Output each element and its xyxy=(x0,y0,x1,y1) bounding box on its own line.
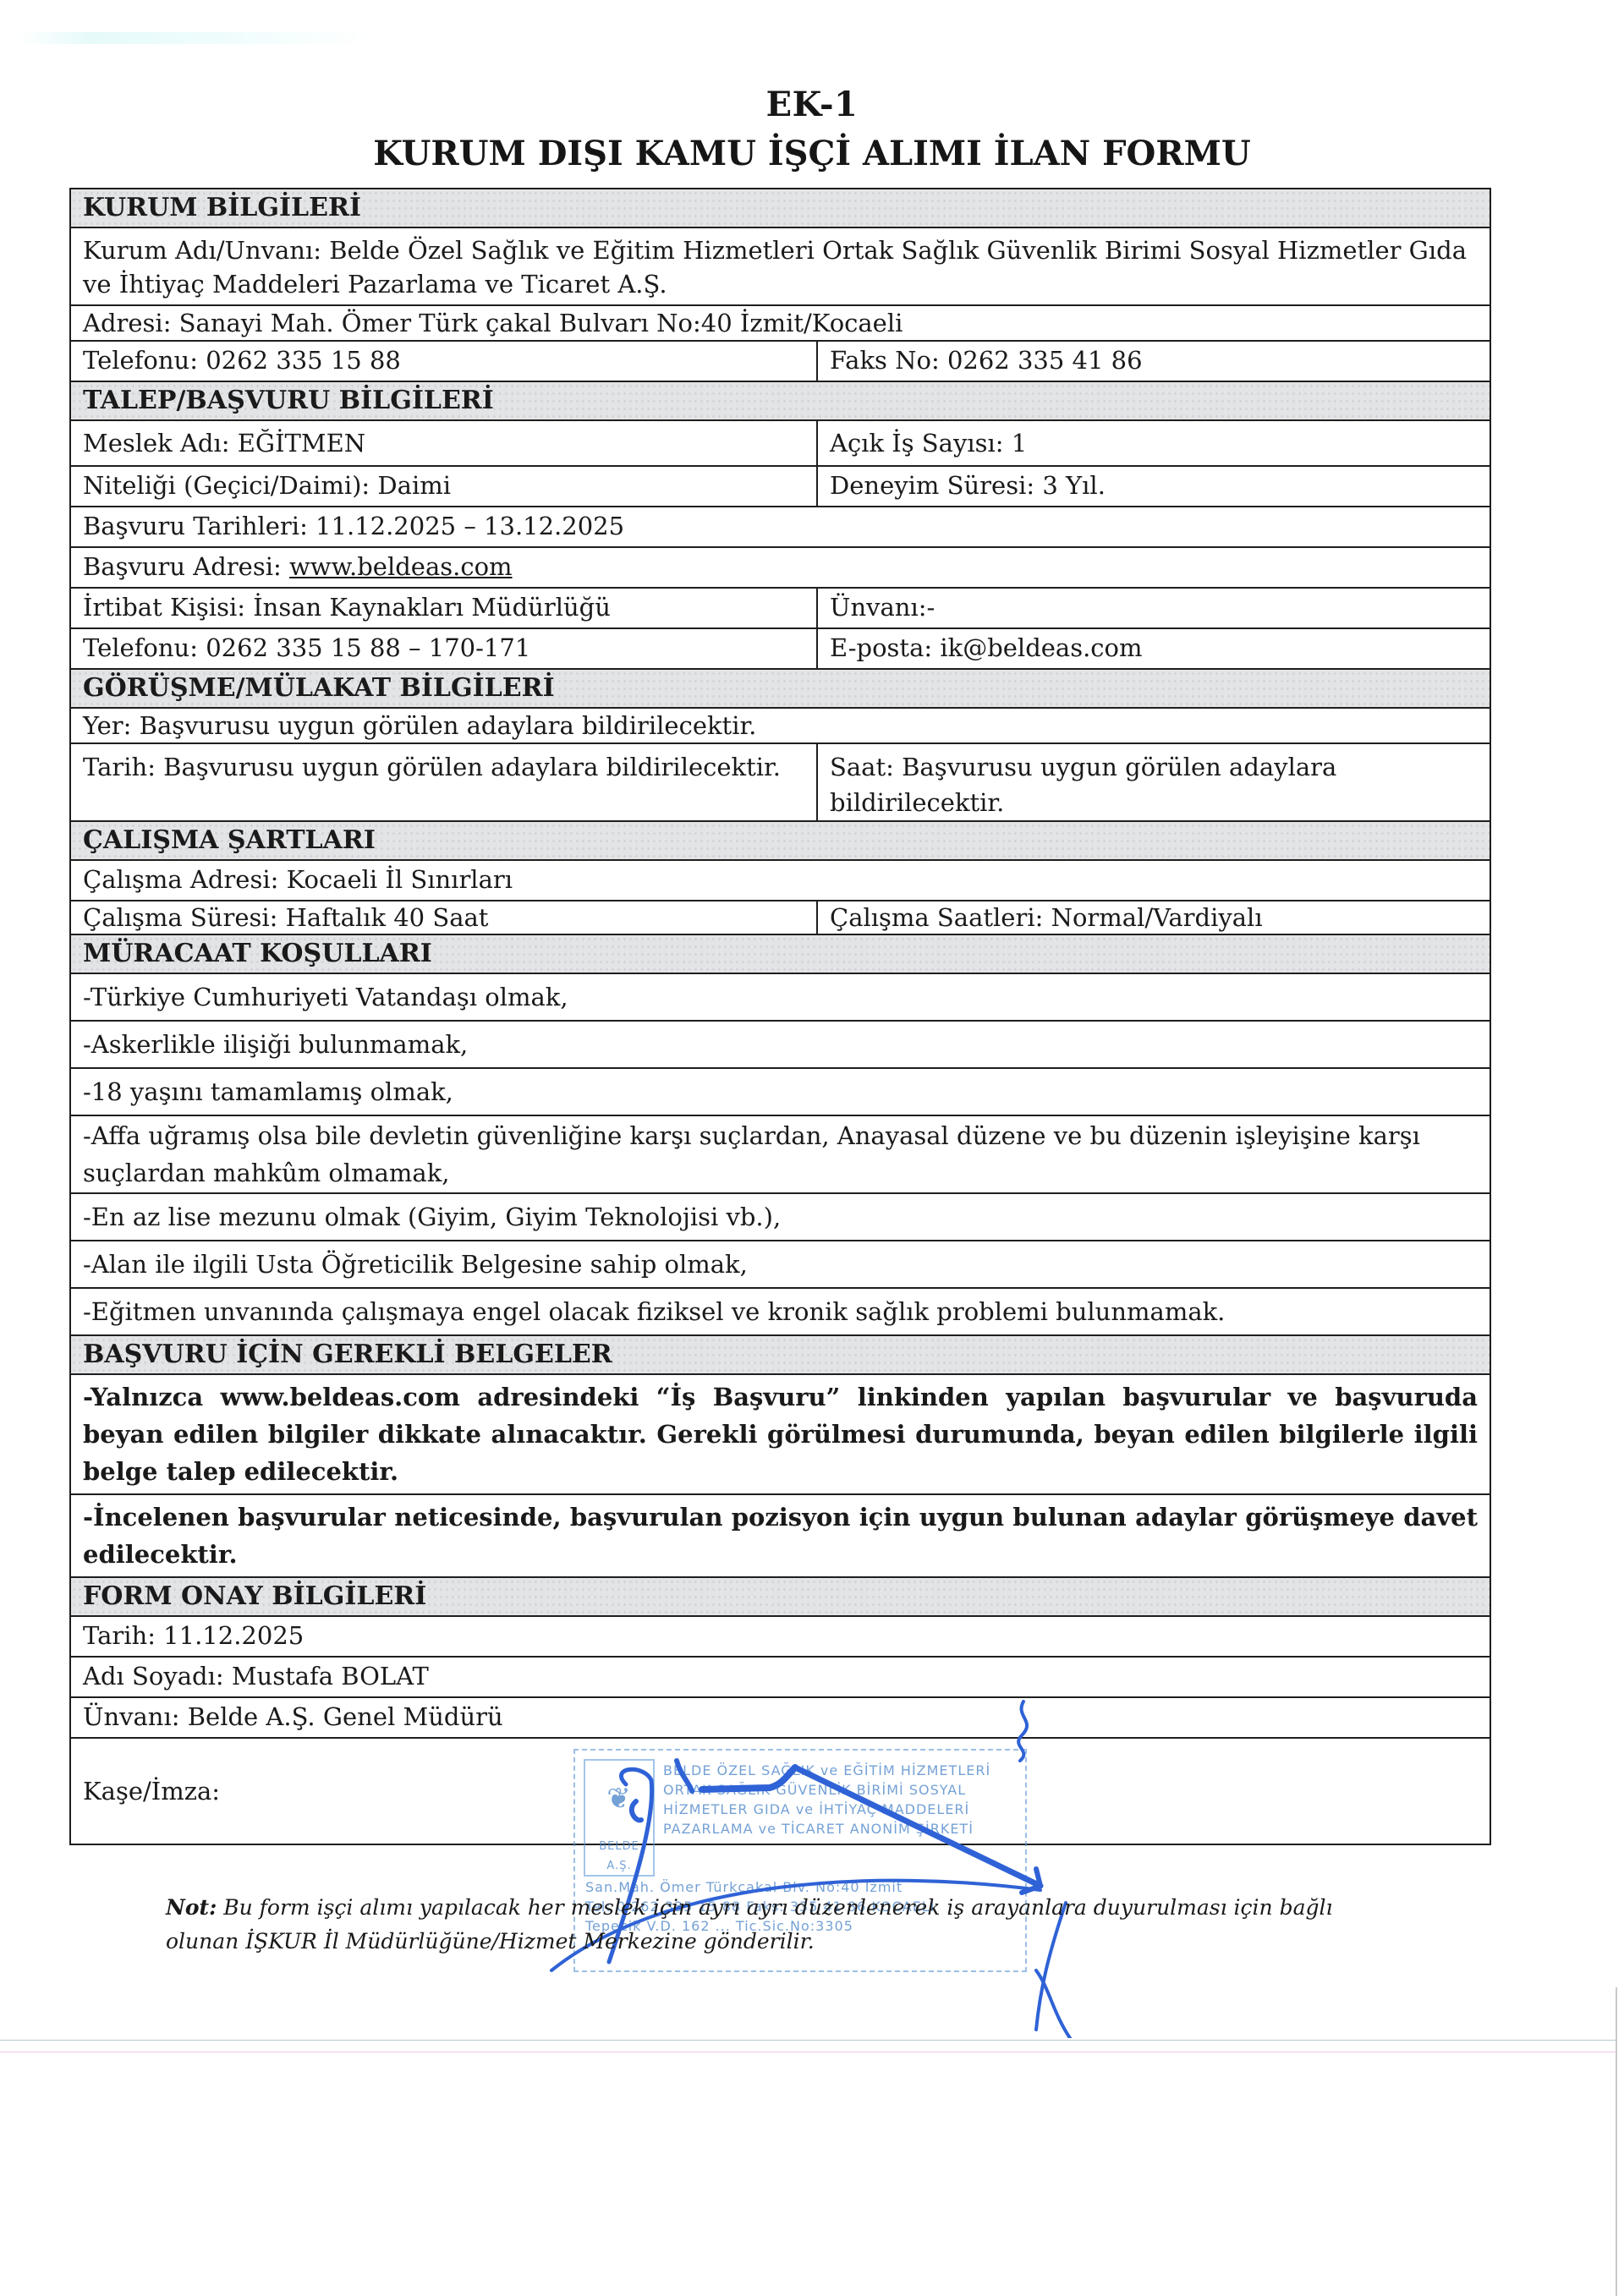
approval-date: Tarih: 11.12.2025 xyxy=(70,1616,1490,1657)
scan-artifact-line xyxy=(0,2040,1616,2041)
section-header-interview: GÖRÜŞME/MÜLAKAT BİLGİLERİ xyxy=(70,669,1490,708)
condition-item: -18 yaşını tamamlamış olmak, xyxy=(70,1068,1490,1115)
condition-item: -En az lise mezunu olmak (Giyim, Giyim T… xyxy=(70,1193,1490,1241)
section-header-application-conditions: MÜRACAAT KOŞULLARI xyxy=(70,934,1490,973)
occupation-name: Meslek Adı: EĞİTMEN xyxy=(70,420,817,466)
application-address: Başvuru Adresi: www.beldeas.com xyxy=(70,547,1490,588)
stamp-line: PAZARLAMA ve TİCARET ANONİM ŞİRKETİ xyxy=(663,1819,1018,1838)
required-document-item: -İncelenen başvurular neticesinde, başvu… xyxy=(70,1494,1490,1577)
stamp-line: BELDE ÖZEL SAĞLIK ve EĞİTİM HİZMETLERİ xyxy=(663,1761,1018,1780)
employment-type: Niteliği (Geçici/Daimi): Daimi xyxy=(70,466,817,507)
contact-title: Ünvanı:- xyxy=(817,588,1490,628)
interview-date: Tarih: Başvurusu uygun görülen adaylara … xyxy=(70,743,817,821)
annex-label: EK-1 xyxy=(0,85,1624,124)
institution-fax: Faks No: 0262 335 41 86 xyxy=(817,341,1490,381)
contact-person: İrtibat Kişisi: İnsan Kaynakları Müdürlü… xyxy=(70,588,817,628)
institution-name: Kurum Adı/Unvanı: Belde Özel Sağlık ve E… xyxy=(70,227,1490,305)
section-header-working-conditions: ÇALIŞMA ŞARTLARI xyxy=(70,821,1490,860)
application-website-link[interactable]: www.beldeas.com xyxy=(289,552,513,581)
open-positions: Açık İş Sayısı: 1 xyxy=(817,420,1490,466)
interview-time: Saat: Başvurusu uygun görülen adaylara b… xyxy=(817,743,1490,821)
application-dates: Başvuru Tarihleri: 11.12.2025 – 13.12.20… xyxy=(70,507,1490,547)
stamp-logo: ❦ BELDE A.Ş. xyxy=(584,1759,655,1877)
stamp-logo-caption: BELDE A.Ş. xyxy=(599,1840,639,1872)
emblem-icon: ❦ xyxy=(585,1761,653,1837)
condition-item: -Alan ile ilgili Usta Öğreticilik Belges… xyxy=(70,1241,1490,1288)
announcement-form-table: KURUM BİLGİLERİ Kurum Adı/Unvanı: Belde … xyxy=(69,188,1491,1845)
work-hours: Çalışma Saatleri: Normal/Vardiyalı xyxy=(817,901,1490,934)
required-document-item: -Yalnızca www.beldeas.com adresindeki “İ… xyxy=(70,1374,1490,1494)
condition-item: -Affa uğramış olsa bile devletin güvenli… xyxy=(70,1115,1490,1193)
scan-artifact xyxy=(17,32,372,44)
interview-location: Yer: Başvurusu uygun görülen adaylara bi… xyxy=(70,708,1490,743)
approver-name: Adı Soyadı: Mustafa BOLAT xyxy=(70,1657,1490,1697)
condition-item: -Türkiye Cumhuriyeti Vatandaşı olmak, xyxy=(70,973,1490,1021)
condition-item: -Askerlikle ilişiği bulunmamak, xyxy=(70,1021,1490,1068)
institution-phone: Telefonu: 0262 335 15 88 xyxy=(70,341,817,381)
section-header-kurum: KURUM BİLGİLERİ xyxy=(70,189,1490,227)
scan-artifact-line xyxy=(0,2052,1616,2052)
approver-title: Ünvanı: Belde A.Ş. Genel Müdürü xyxy=(70,1697,1490,1738)
section-header-talep: TALEP/BAŞVURU BİLGİLERİ xyxy=(70,381,1490,420)
condition-item: -Eğitmen unvanında çalışmaya engel olaca… xyxy=(70,1288,1490,1335)
contact-phone: Telefonu: 0262 335 15 88 – 170-171 xyxy=(70,628,817,669)
footnote-text: Bu form işçi alımı yapılacak her meslek … xyxy=(166,1895,1333,1954)
contact-email: E-posta: ik@beldeas.com xyxy=(817,628,1490,669)
stamp-line: HİZMETLER GIDA ve İHTİYAÇ MADDELERİ xyxy=(663,1800,1018,1819)
stamp-line: ORTAK SAĞLIK GÜVENLİK BİRİMİ SOSYAL xyxy=(663,1780,1018,1800)
section-header-required-documents: BAŞVURU İÇİN GEREKLİ BELGELER xyxy=(70,1335,1490,1374)
form-title: KURUM DIŞI KAMU İŞÇİ ALIMI İLAN FORMU xyxy=(0,134,1624,173)
stamp-company-lines: BELDE ÖZEL SAĞLIK ve EĞİTİM HİZMETLERİ O… xyxy=(663,1761,1018,1838)
application-address-label: Başvuru Adresi: xyxy=(83,552,289,581)
institution-address: Adresi: Sanayi Mah. Ömer Türk çakal Bulv… xyxy=(70,305,1490,341)
page-edge xyxy=(1616,1987,1617,2296)
experience-duration: Deneyim Süresi: 3 Yıl. xyxy=(817,466,1490,507)
section-header-approval: FORM ONAY BİLGİLERİ xyxy=(70,1577,1490,1616)
work-address: Çalışma Adresi: Kocaeli İl Sınırları xyxy=(70,860,1490,901)
work-duration: Çalışma Süresi: Haftalık 40 Saat xyxy=(70,901,817,934)
footnote-label: Not: xyxy=(166,1895,217,1920)
footnote: Not: Bu form işçi alımı yapılacak her me… xyxy=(166,1891,1409,1959)
